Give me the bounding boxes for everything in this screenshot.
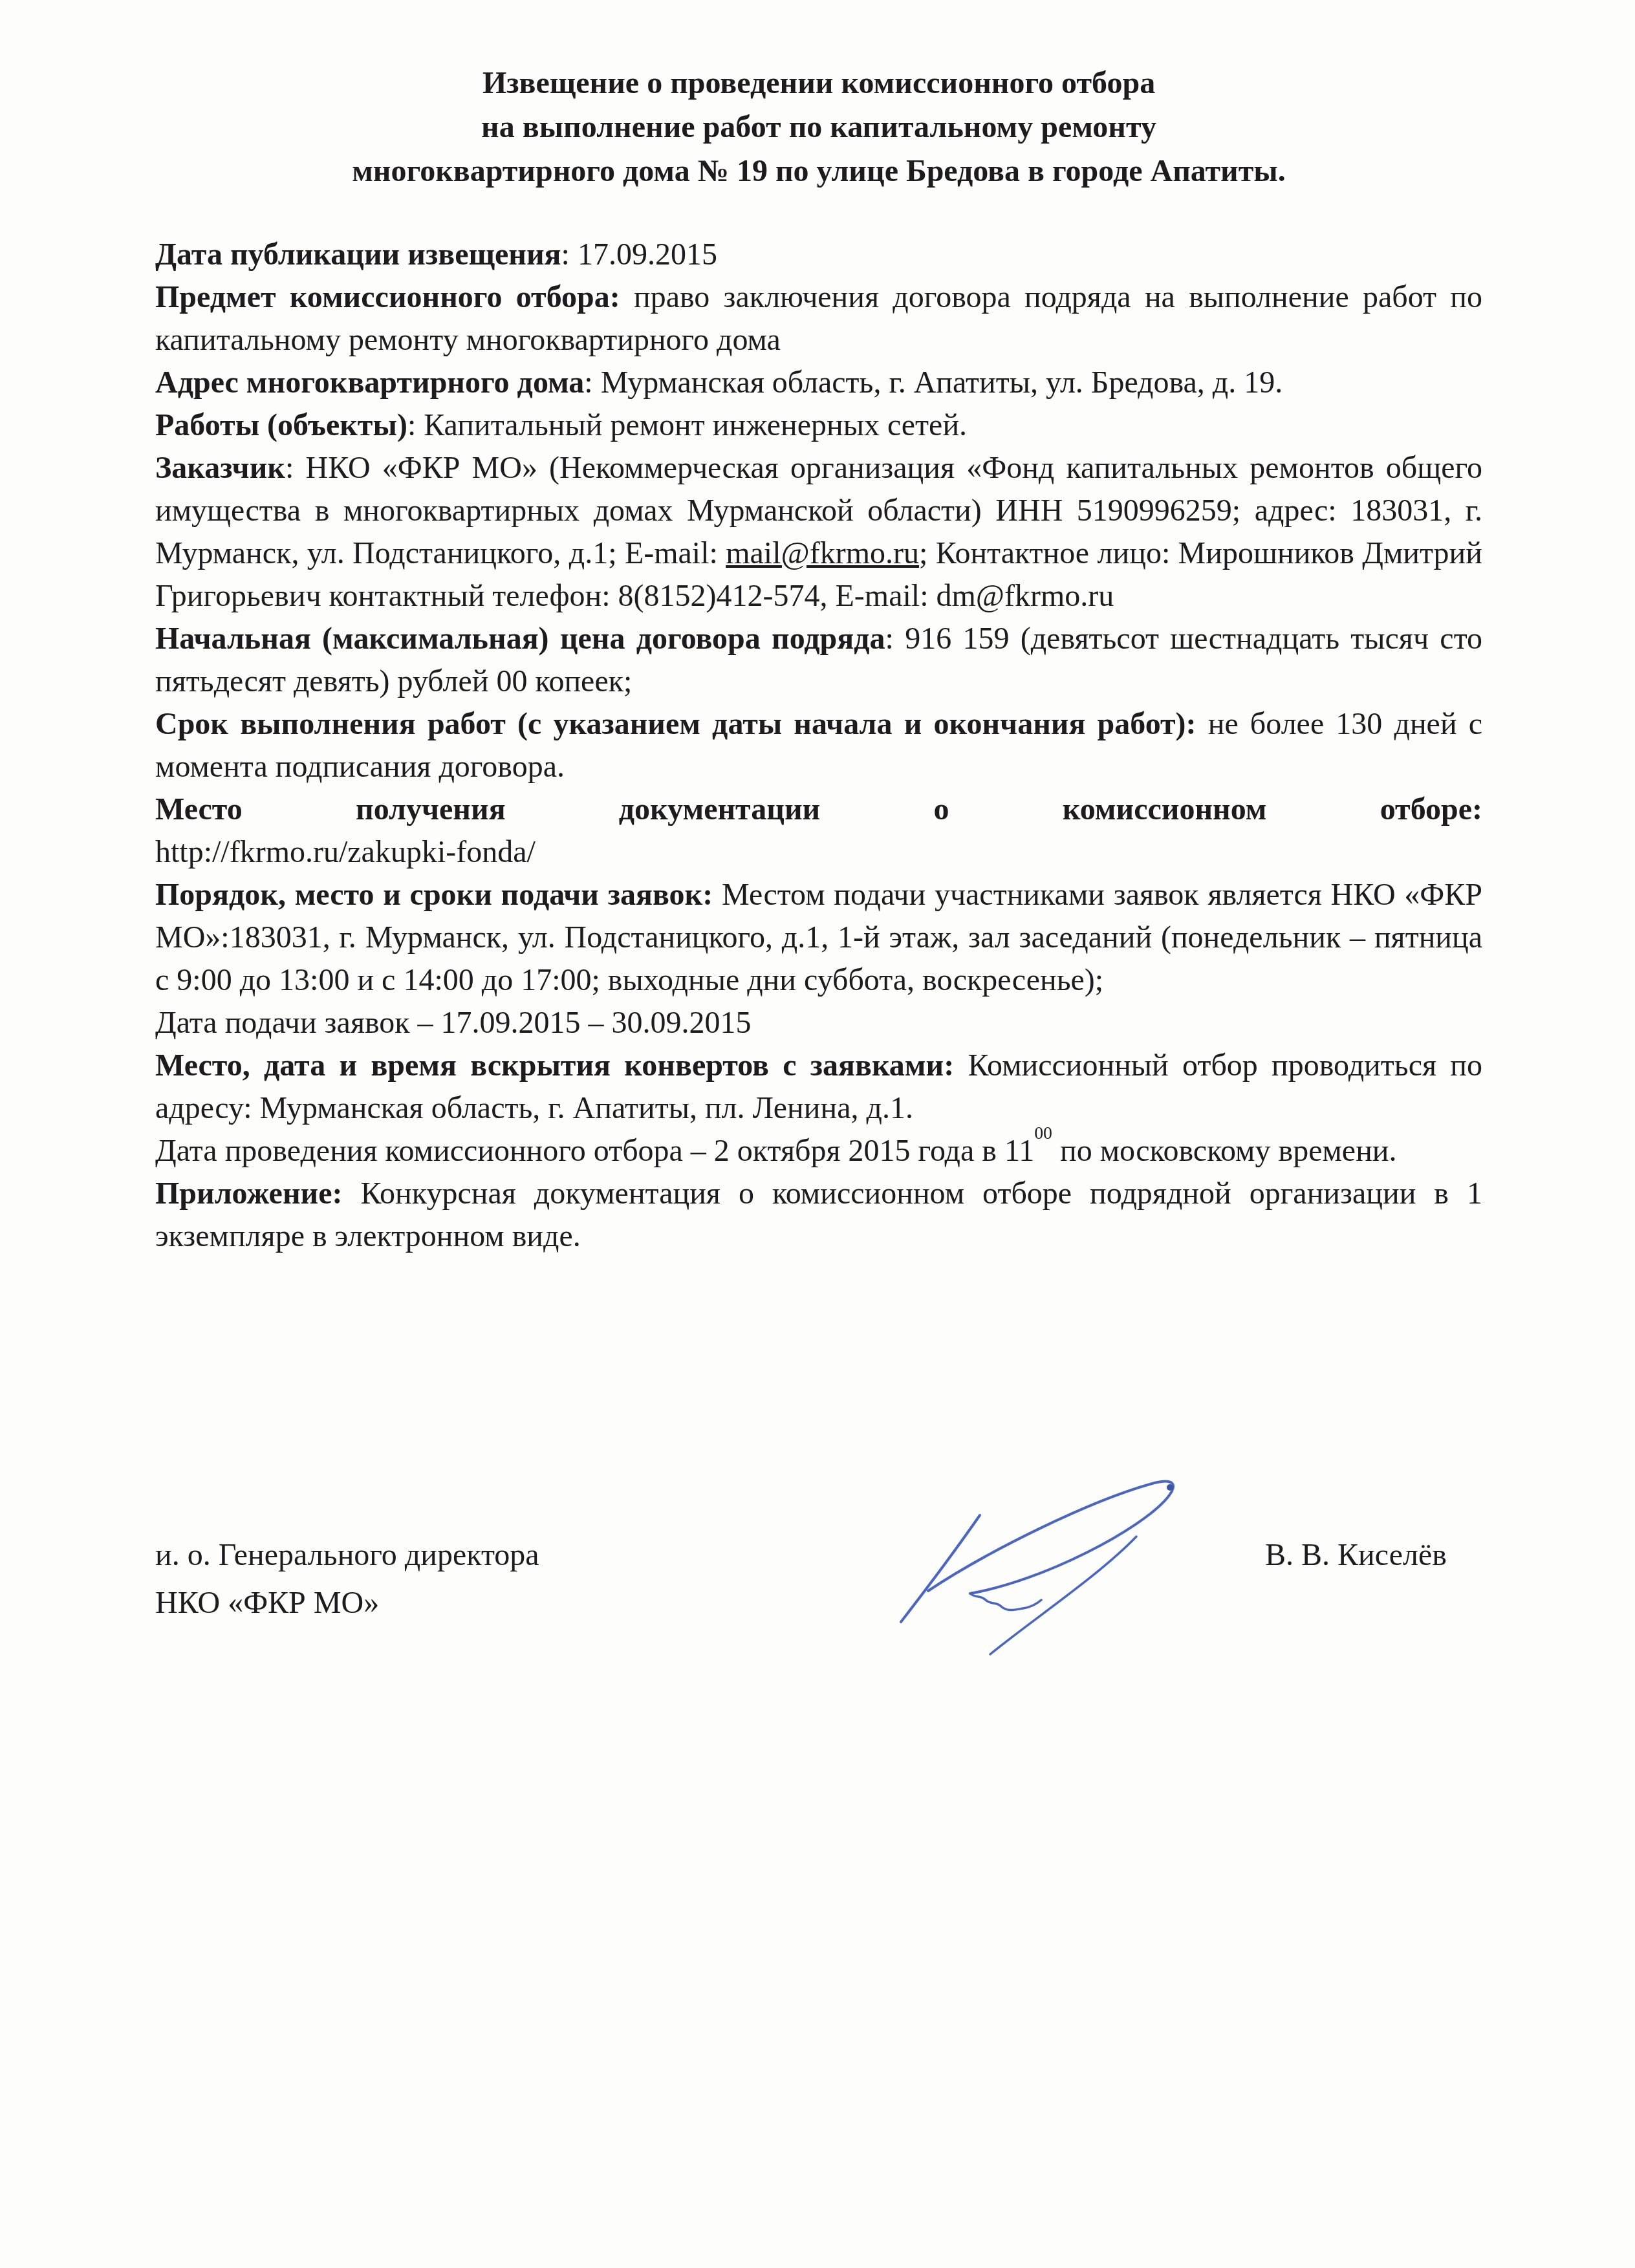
paragraph-label: Предмет комиссионного отбора: (155, 280, 620, 314)
doc-title: Извещение о проведении комиссионного отб… (155, 61, 1482, 193)
superscript-time-minutes: 00 (1034, 1123, 1052, 1143)
paragraph-selection-date: Дата проведения комиссионного отбора – 2… (155, 1130, 1482, 1172)
signatory-name: В. В. Киселёв (1265, 1531, 1447, 1579)
paragraph-label: Работы (объекты) (155, 408, 407, 442)
paragraph-attachment: Приложение: Конкурсная документация о ко… (155, 1172, 1482, 1258)
document-page: Извещение о проведении комиссионного отб… (0, 0, 1635, 2268)
paragraph-value: : Мурманская область, г. Апатиты, ул. Бр… (584, 365, 1283, 400)
paragraph-value: Дата проведения комиссионного отбора – 2… (155, 1134, 1034, 1168)
customer-email: mail@fkrmo.ru (726, 536, 919, 570)
paragraph-value: : Капитальный ремонт инженерных сетей. (407, 408, 967, 442)
paragraph-publication-date: Дата публикации извещения: 17.09.2015 (155, 233, 1482, 276)
paragraph-value: Конкурсная документация о комиссионном о… (155, 1176, 1482, 1253)
paragraph-label: Порядок, место и сроки подачи заявок: (155, 878, 713, 912)
paragraph-label: Приложение: (155, 1176, 343, 1211)
paragraph-submission-dates: Дата подачи заявок – 17.09.2015 – 30.09.… (155, 1002, 1482, 1044)
handwritten-signature (896, 1454, 1200, 1674)
paragraph-value: по московскому времени. (1052, 1134, 1397, 1168)
paragraph-value: Дата подачи заявок – 17.09.2015 – 30.09.… (155, 1006, 752, 1040)
paragraph-label: Адрес многоквартирного дома (155, 365, 584, 400)
paragraph-subject: Предмет комиссионного отбора: право закл… (155, 276, 1482, 362)
paragraph-label: Дата публикации извещения (155, 237, 561, 272)
paragraph-label: Начальная (максимальная) цена договора п… (155, 621, 885, 656)
paragraph-address: Адрес многоквартирного дома: Мурманская … (155, 362, 1482, 404)
paragraph-label: Заказчик (155, 451, 285, 485)
doc-title-line: многоквартирного дома № 19 по улице Бред… (155, 149, 1482, 193)
doc-body: Дата публикации извещения: 17.09.2015 Пр… (155, 233, 1482, 1258)
signatory-role-line: и. о. Генерального директора (155, 1531, 539, 1579)
paragraph-label: Срок выполнения работ (с указанием даты … (155, 707, 1196, 741)
docs-url: http://fkrmo.ru/zakupki-fonda/ (155, 831, 1482, 874)
paragraph-docs-place: Место получения документации о комиссион… (155, 788, 1482, 874)
paragraph-term: Срок выполнения работ (с указанием даты … (155, 703, 1482, 788)
paragraph-label: Место получения документации о комиссион… (155, 788, 1482, 831)
signatory-role: и. о. Генерального директора НКО «ФКР МО… (155, 1531, 539, 1627)
paragraph-envelopes-opening: Место, дата и время вскрытия конвертов с… (155, 1044, 1482, 1130)
paragraph-value: : 17.09.2015 (561, 237, 717, 272)
signatory-role-line: НКО «ФКР МО» (155, 1579, 539, 1627)
paragraph-works: Работы (объекты): Капитальный ремонт инж… (155, 404, 1482, 447)
doc-title-line: на выполнение работ по капитальному ремо… (155, 105, 1482, 149)
paragraph-submission: Порядок, место и сроки подачи заявок: Ме… (155, 874, 1482, 1002)
paragraph-label: Место, дата и время вскрытия конвертов с… (155, 1048, 954, 1083)
doc-title-line: Извещение о проведении комиссионного отб… (155, 61, 1482, 105)
paragraph-customer: Заказчик: НКО «ФКР МО» (Некоммерческая о… (155, 447, 1482, 618)
paragraph-price: Начальная (максимальная) цена договора п… (155, 618, 1482, 703)
document-content: Извещение о проведении комиссионного отб… (155, 61, 1482, 1258)
